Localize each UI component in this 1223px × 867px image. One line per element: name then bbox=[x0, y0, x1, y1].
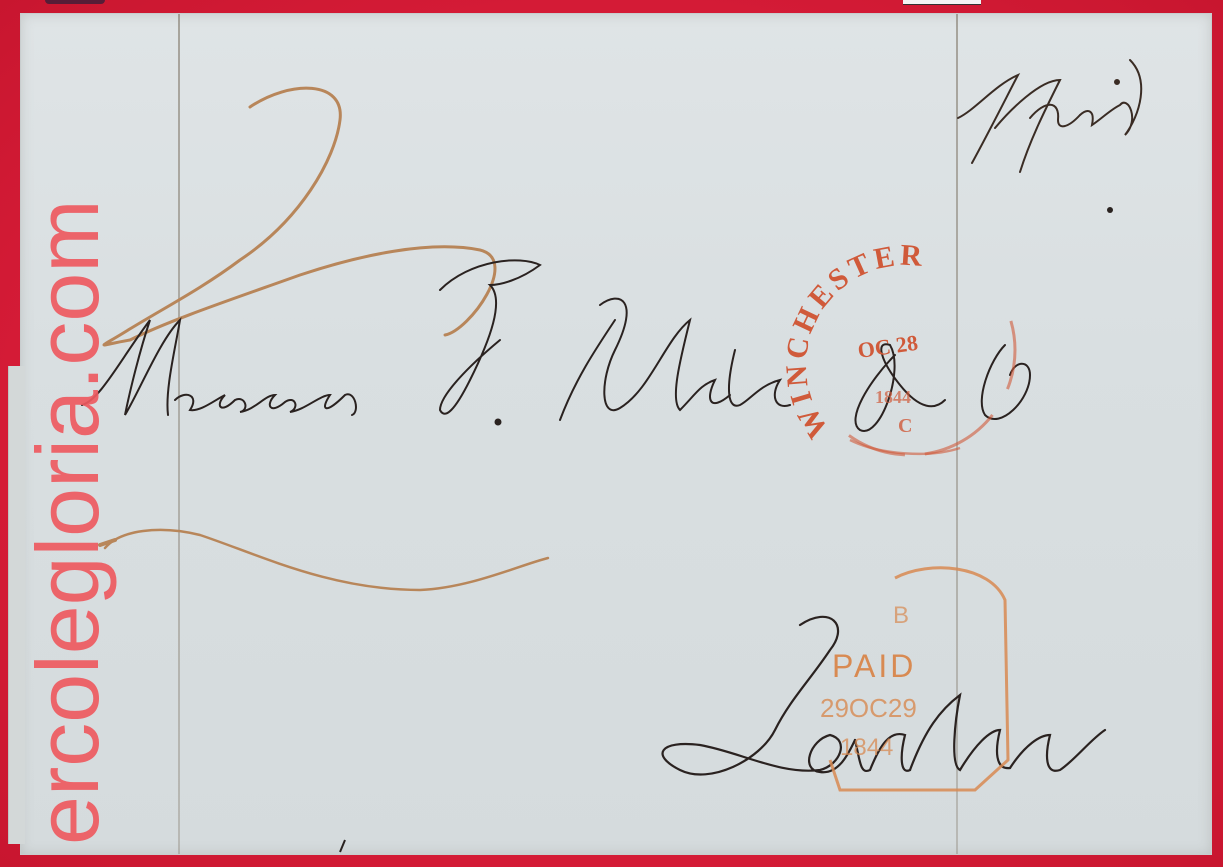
paid-stamp-label: PAID bbox=[832, 648, 916, 684]
postmark-date: OC 28 bbox=[856, 330, 919, 363]
paid-stamp-year: 1844 bbox=[840, 734, 893, 761]
watermark-text: ercolegloria.com bbox=[24, 199, 112, 845]
paid-stamp-letter: B bbox=[893, 602, 909, 629]
paid-stamp-date: 29OC29 bbox=[820, 693, 917, 723]
ink-layer: WINCHESTER OC 28 1844 C B PAID 29OC29 18… bbox=[0, 0, 1223, 867]
manuscript-paid-note bbox=[958, 60, 1141, 213]
postmark-letter: C bbox=[898, 415, 912, 437]
ink-tick-bottom bbox=[340, 840, 345, 852]
manuscript-rate-numeral bbox=[100, 88, 548, 590]
winchester-postmark: WINCHESTER OC 28 1844 C bbox=[779, 239, 1015, 455]
postmark-year: 1844 bbox=[875, 387, 911, 407]
london-paid-stamp: B PAID 29OC29 1844 bbox=[820, 568, 1008, 790]
